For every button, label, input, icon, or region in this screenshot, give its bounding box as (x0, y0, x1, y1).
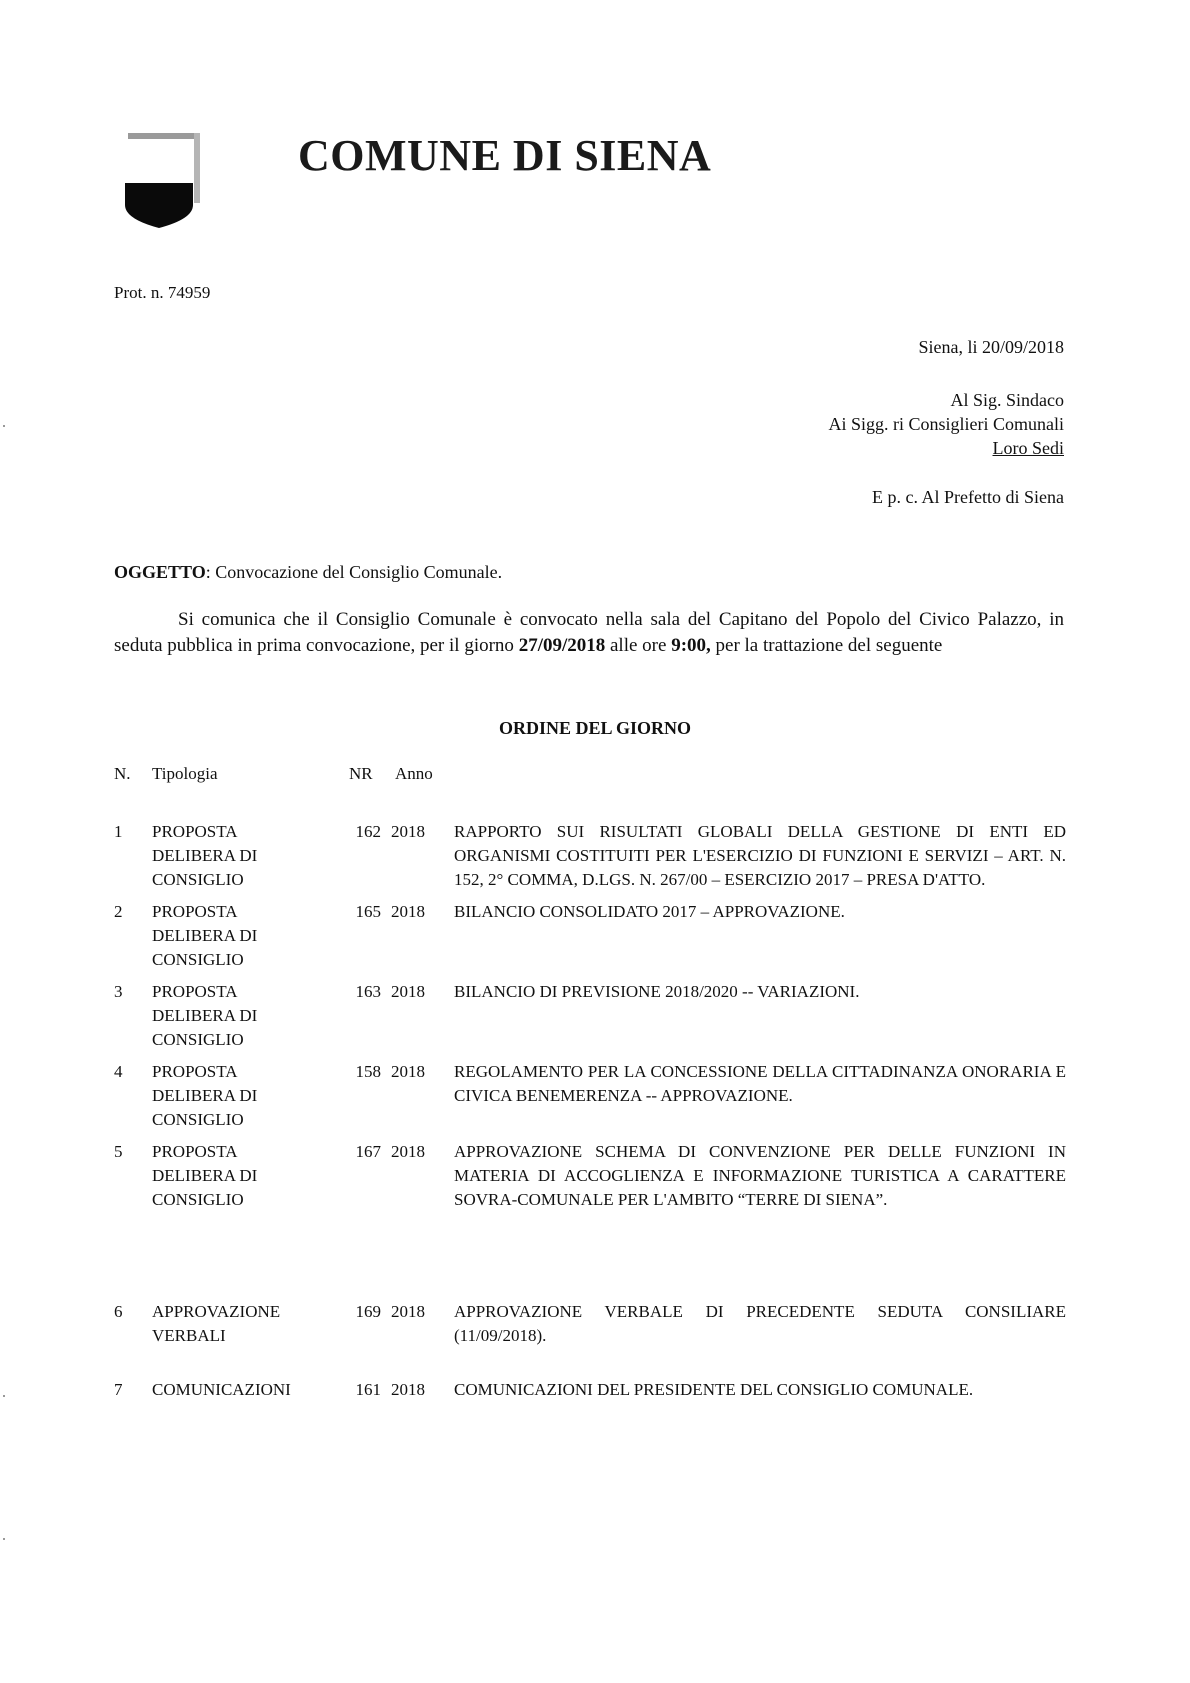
item-tipologia: PROPOSTA DELIBERA DI CONSIGLIO (152, 1060, 312, 1132)
item-nr: 158 (349, 1060, 381, 1084)
item-number: 7 (114, 1378, 134, 1402)
item-anno: 2018 (391, 1140, 431, 1164)
item-anno: 2018 (391, 900, 431, 924)
item-number: 2 (114, 900, 134, 924)
subject-label: OGGETTO (114, 562, 206, 582)
item-anno: 2018 (391, 1378, 431, 1402)
item-description: RAPPORTO SUI RISULTATI GLOBALI DELLA GES… (454, 820, 1066, 892)
header-nr: NR (349, 762, 381, 786)
item-anno: 2018 (391, 820, 431, 844)
item-description: BILANCIO CONSOLIDATO 2017 – APPROVAZIONE… (454, 900, 1066, 924)
header-tipologia: Tipologia (152, 762, 312, 786)
item-number: 6 (114, 1300, 134, 1324)
paragraph-text-3: per la trattazione del seguente (711, 635, 943, 656)
convocation-paragraph: Si comunica che il Consiglio Comunale è … (114, 607, 1064, 659)
item-description: APPROVAZIONE SCHEMA DI CONVENZIONE PER D… (454, 1140, 1066, 1212)
subject-text: : Convocazione del Consiglio Comunale. (206, 562, 502, 582)
item-description: COMUNICAZIONI DEL PRESIDENTE DEL CONSIGL… (454, 1378, 1066, 1402)
item-tipologia: PROPOSTA DELIBERA DI CONSIGLIO (152, 980, 312, 1052)
recipient-mayor: Al Sig. Sindaco (828, 388, 1064, 412)
recipient-councillors: Ai Sigg. ri Consiglieri Comunali (828, 412, 1064, 436)
item-tipologia: PROPOSTA DELIBERA DI CONSIGLIO (152, 820, 312, 892)
item-nr: 169 (349, 1300, 381, 1324)
municipality-title: COMUNE DI SIENA (298, 130, 711, 181)
item-nr: 167 (349, 1140, 381, 1164)
item-anno: 2018 (391, 1060, 431, 1084)
item-tipologia: PROPOSTA DELIBERA DI CONSIGLIO (152, 900, 312, 972)
item-number: 5 (114, 1140, 134, 1164)
item-tipologia: COMUNICAZIONI (152, 1378, 312, 1402)
item-tipologia: PROPOSTA DELIBERA DI CONSIGLIO (152, 1140, 312, 1212)
item-description: REGOLAMENTO PER LA CONCESSIONE DELLA CIT… (454, 1060, 1066, 1108)
item-anno: 2018 (391, 1300, 431, 1324)
carbon-copy: E p. c. Al Prefetto di Siena (872, 485, 1064, 509)
item-anno: 2018 (391, 980, 431, 1004)
header-n: N. (114, 762, 134, 786)
recipient-location: Loro Sedi (828, 436, 1064, 460)
item-nr: 165 (349, 900, 381, 924)
meeting-date: 27/09/2018 (519, 635, 606, 656)
item-nr: 161 (349, 1378, 381, 1402)
recipients: Al Sig. Sindaco Ai Sigg. ri Consiglieri … (828, 388, 1064, 460)
item-nr: 163 (349, 980, 381, 1004)
item-description: APPROVAZIONE VERBALE DI PRECEDENTE SEDUT… (454, 1300, 1066, 1348)
item-tipologia: APPROVAZIONE VERBALI (152, 1300, 312, 1348)
protocol-number: Prot. n. 74959 (114, 283, 210, 303)
siena-shield-icon (125, 133, 223, 228)
item-number: 4 (114, 1060, 134, 1084)
subject-line: OGGETTO: Convocazione del Consiglio Comu… (114, 562, 502, 583)
item-description: BILANCIO DI PREVISIONE 2018/2020 -- VARI… (454, 980, 1066, 1004)
agenda-title: ORDINE DEL GIORNO (0, 718, 1190, 739)
item-number: 1 (114, 820, 134, 844)
date-line: Siena, li 20/09/2018 (919, 335, 1065, 359)
item-number: 3 (114, 980, 134, 1004)
item-nr: 162 (349, 820, 381, 844)
header-anno: Anno (395, 762, 435, 786)
meeting-time: 9:00, (671, 635, 711, 656)
paragraph-text-2: alle ore (605, 635, 671, 656)
